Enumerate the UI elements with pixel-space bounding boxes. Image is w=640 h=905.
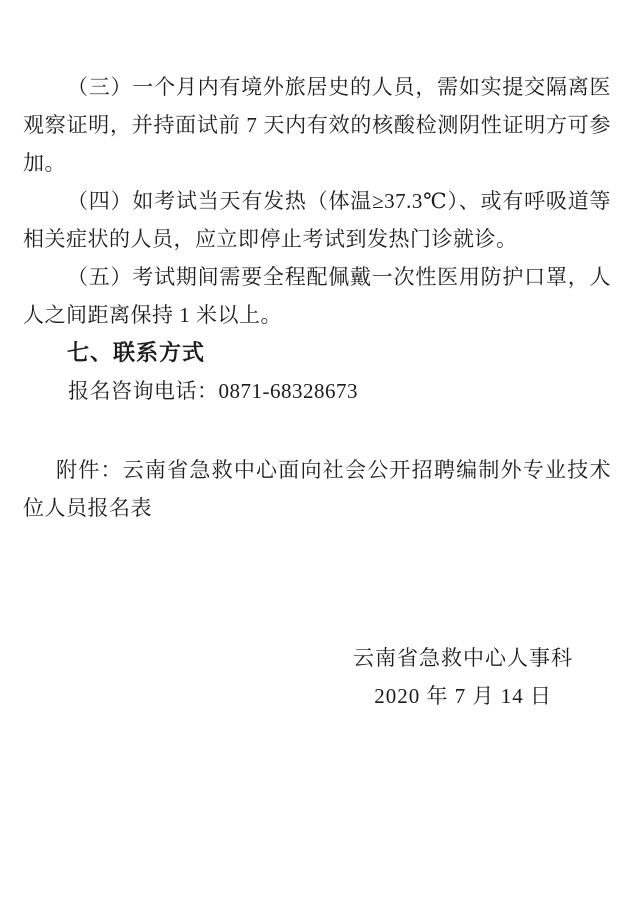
- section-heading-contact: 七、联系方式: [23, 334, 611, 372]
- document-page: （三）一个月内有境外旅居史的人员，需如实提交隔离医学 观察证明，并持面试前 7 …: [0, 0, 640, 905]
- attachment-line-2: 位人员报名表: [23, 489, 611, 527]
- document-content: （三）一个月内有境外旅居史的人员，需如实提交隔离医学 观察证明，并持面试前 7 …: [23, 68, 611, 715]
- paragraph-4-line-1: （四）如考试当天有发热（体温≥37.3℃）、或有呼吸道等: [23, 182, 611, 220]
- paragraph-3-line-1: （三）一个月内有境外旅居史的人员，需如实提交隔离医学: [23, 68, 611, 106]
- paragraph-3-line-3: 加。: [23, 144, 611, 182]
- paragraph-5: （五）考试期间需要全程配佩戴一次性医用防护口罩，人与 人之间距离保持 1 米以上…: [23, 258, 611, 334]
- paragraph-5-line-1: （五）考试期间需要全程配佩戴一次性医用防护口罩，人与: [23, 258, 611, 296]
- attachment-line-1: 附件：云南省急救中心面向社会公开招聘编制外专业技术岗: [23, 451, 611, 489]
- signature-date: 2020 年 7 月 14 日: [23, 677, 611, 715]
- signature-organization: 云南省急救中心人事科: [23, 639, 611, 677]
- spacer-small: [23, 410, 611, 451]
- paragraph-3-line-2: 观察证明，并持面试前 7 天内有效的核酸检测阴性证明方可参: [23, 106, 611, 144]
- contact-phone-line: 报名咨询电话：0871-68328673: [23, 372, 611, 410]
- paragraph-4: （四）如考试当天有发热（体温≥37.3℃）、或有呼吸道等 相关症状的人员，应立即…: [23, 182, 611, 258]
- paragraph-4-line-2: 相关症状的人员，应立即停止考试到发热门诊就诊。: [23, 220, 611, 258]
- attachment-paragraph: 附件：云南省急救中心面向社会公开招聘编制外专业技术岗 位人员报名表: [23, 451, 611, 527]
- spacer-large: [23, 527, 611, 639]
- paragraph-5-line-2: 人之间距离保持 1 米以上。: [23, 296, 611, 334]
- paragraph-3: （三）一个月内有境外旅居史的人员，需如实提交隔离医学 观察证明，并持面试前 7 …: [23, 68, 611, 182]
